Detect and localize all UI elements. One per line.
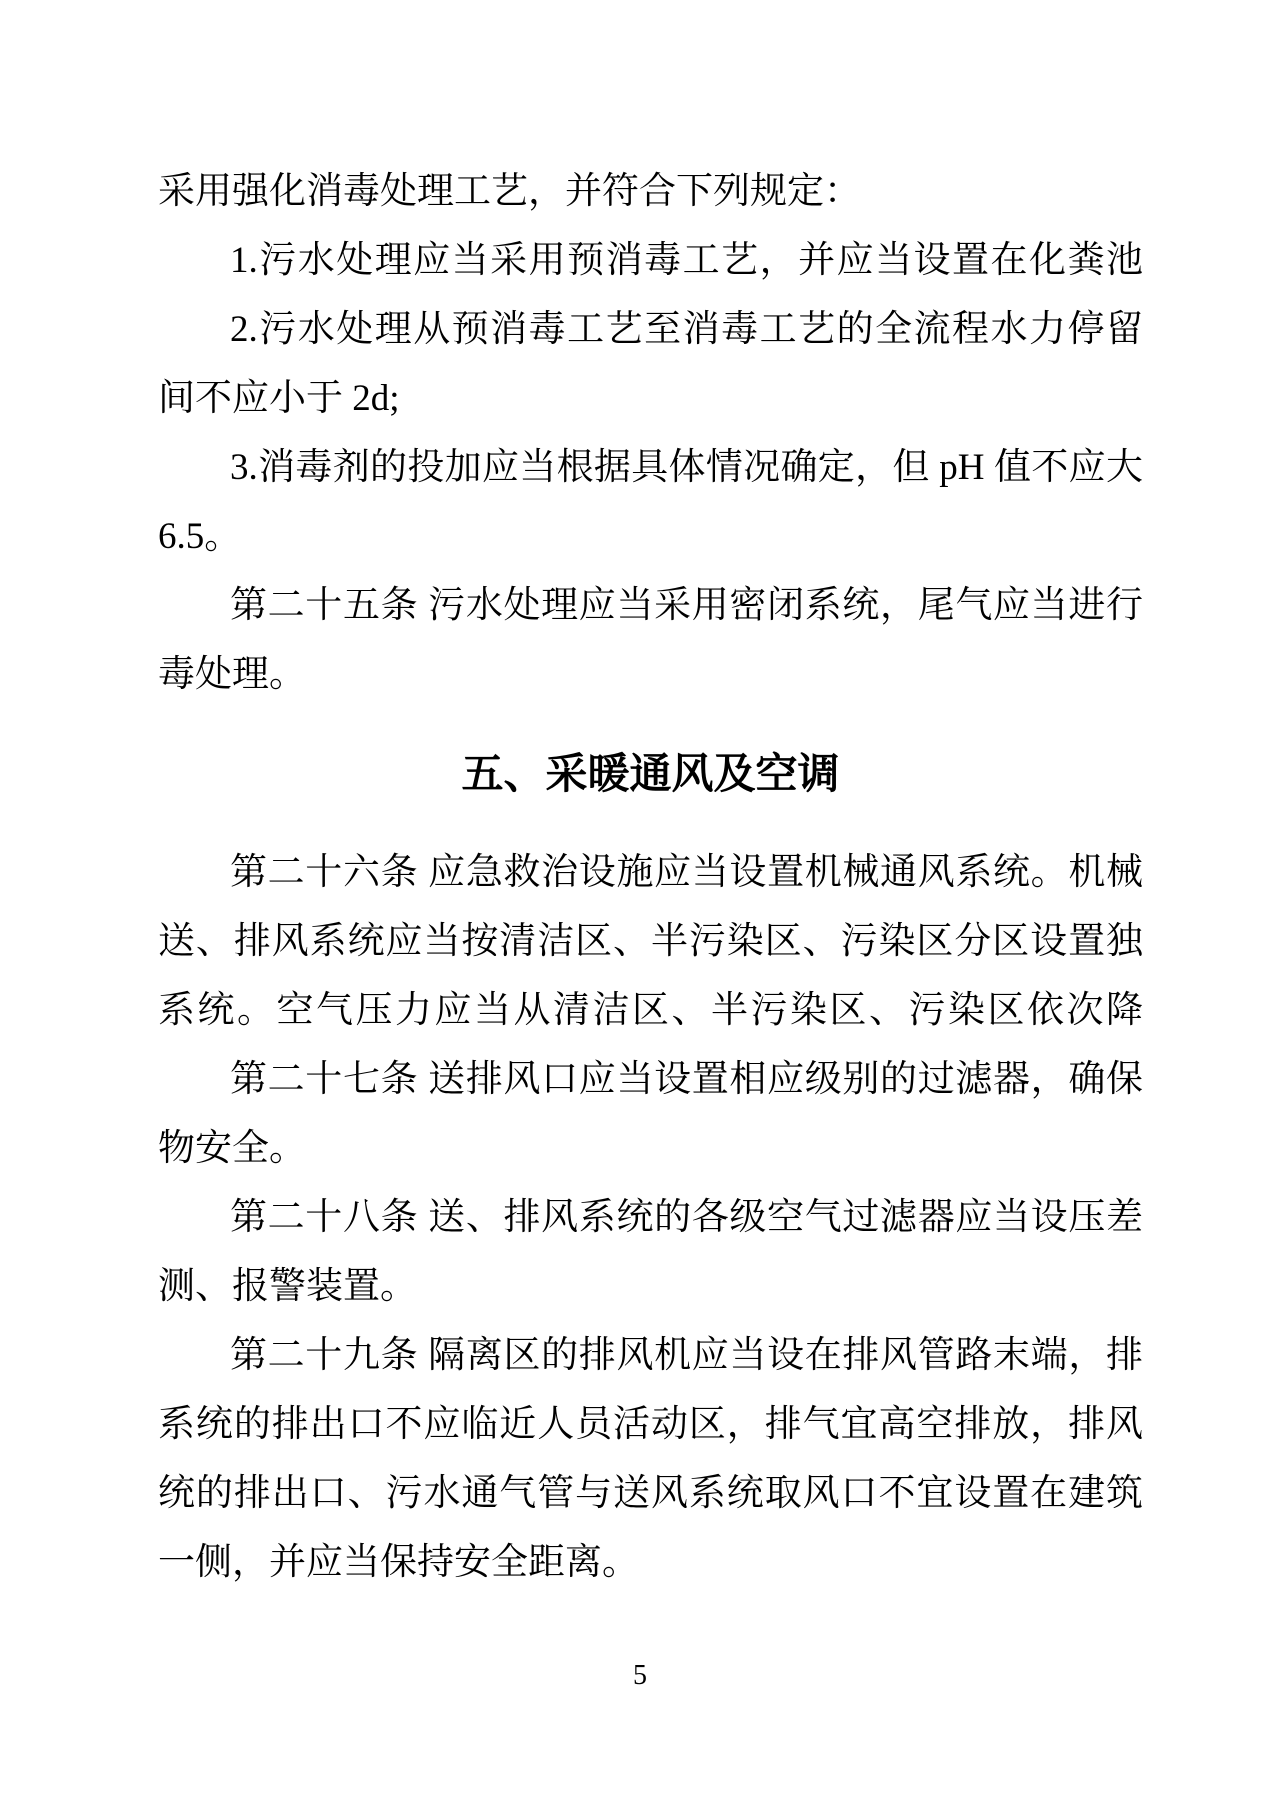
document-body: 采用强化消毒处理工艺，并符合下列规定： 1.污水处理应当采用预消毒工艺，并应当设… [158,157,1143,1597]
body-line: 采用强化消毒处理工艺，并符合下列规定： [158,157,1143,226]
body-line: 3.消毒剂的投加应当根据具体情况确定，但 pH 值不应大于 [158,433,1143,502]
body-line: 一侧，并应当保持安全距离。 [158,1528,1143,1597]
page-number: 5 [0,1660,1280,1692]
body-line: 物安全。 [158,1114,1143,1183]
body-line: 测、报警装置。 [158,1252,1143,1321]
body-line: 2.污水处理从预消毒工艺至消毒工艺的全流程水力停留时 [158,295,1143,364]
document-page: 采用强化消毒处理工艺，并符合下列规定： 1.污水处理应当采用预消毒工艺，并应当设… [0,0,1280,1810]
body-line: 6.5。 [158,502,1143,571]
body-line: 毒处理。 [158,640,1143,709]
body-line: 系统的排出口不应临近人员活动区，排气宜高空排放，排风系 [158,1390,1143,1459]
body-line: 第二十七条 送排风口应当设置相应级别的过滤器，确保生 [158,1045,1143,1114]
body-line: 送、排风系统应当按清洁区、半污染区、污染区分区设置独立 [158,907,1143,976]
body-line: 第二十九条 隔离区的排风机应当设在排风管路末端，排风 [158,1321,1143,1390]
section-heading: 五、采暖通风及空调 [158,739,1143,808]
body-line: 间不应小于 2d; [158,364,1143,433]
body-line: 第二十五条 污水处理应当采用密闭系统，尾气应当进行消 [158,571,1143,640]
body-line: 系统。空气压力应当从清洁区、半污染区、污染区依次降低。 [158,976,1143,1045]
body-line: 统的排出口、污水通气管与送风系统取风口不宜设置在建筑同 [158,1459,1143,1528]
body-line: 第二十八条 送、排风系统的各级空气过滤器应当设压差检 [158,1183,1143,1252]
body-line: 1.污水处理应当采用预消毒工艺，并应当设置在化粪池前； [158,226,1143,295]
body-line: 第二十六条 应急救治设施应当设置机械通风系统。机械 [158,838,1143,907]
